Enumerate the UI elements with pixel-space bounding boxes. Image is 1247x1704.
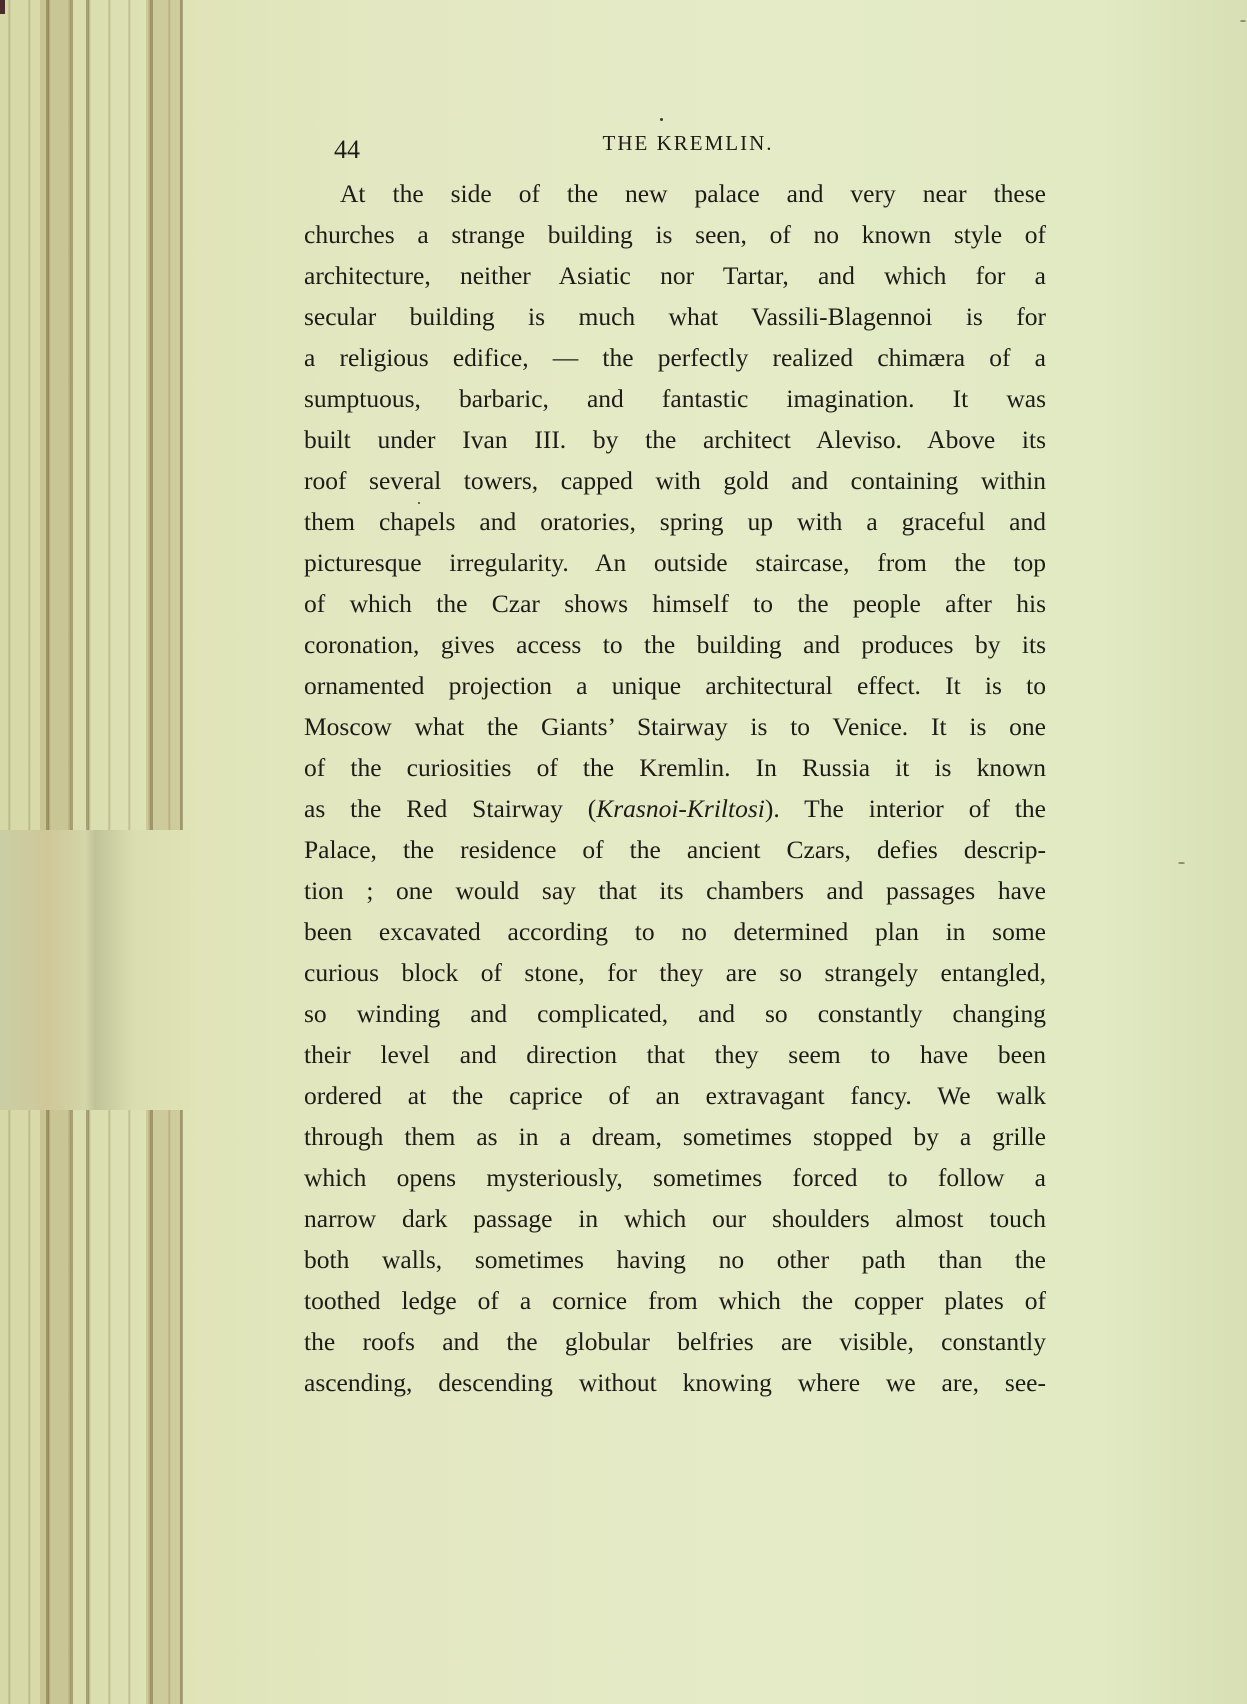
text-line: been excavated according to no determine…: [304, 911, 1046, 952]
text-line: both walls, sometimes having no other pa…: [304, 1239, 1046, 1280]
text-line: through them as in a dream, sometimes st…: [304, 1116, 1046, 1157]
book-page-edges: [0, 0, 185, 1704]
text-line: so winding and complicated, and so const…: [304, 993, 1046, 1034]
text-line: architecture, neither Asiatic nor Tartar…: [304, 255, 1046, 296]
text-line: coronation, gives access to the building…: [304, 624, 1046, 665]
text-line: which opens mysteriously, sometimes forc…: [304, 1157, 1046, 1198]
text-line: At the side of the new palace and very n…: [304, 173, 1046, 214]
text-line: roof several towers, capped with gold an…: [304, 460, 1046, 501]
italic-term: Krasnoi-Kriltosi: [596, 794, 765, 823]
print-speck: [660, 118, 663, 121]
text-line: built under Ivan III. by the architect A…: [304, 419, 1046, 460]
text-line: narrow dark passage in which our shoulde…: [304, 1198, 1046, 1239]
text-line: their level and direction that they seem…: [304, 1034, 1046, 1075]
text-line: curious block of stone, for they are so …: [304, 952, 1046, 993]
scan-smear: [0, 830, 190, 1110]
running-head: 44 THE KREMLIN.: [300, 125, 1060, 165]
text-line: secular building is much what Vassili-Bl…: [304, 296, 1046, 337]
text-line: Palace, the residence of the ancient Cza…: [304, 829, 1046, 870]
text-line: of the curiosities of the Kremlin. In Ru…: [304, 747, 1046, 788]
print-speck: [418, 502, 420, 504]
text-segment: ). The interior of the: [765, 794, 1046, 823]
text-line: a religious edifice, — the perfectly rea…: [304, 337, 1046, 378]
text-line: Moscow what the Giants’ Stairway is to V…: [304, 706, 1046, 747]
text-line: churches a strange building is seen, of …: [304, 214, 1046, 255]
text-line: tion ; one would say that its chambers a…: [304, 870, 1046, 911]
print-speck: [1240, 20, 1246, 22]
text-line-with-italic: as the Red Stairway (Krasnoi-Kriltosi). …: [304, 788, 1046, 829]
text-line: toothed ledge of a cornice from which th…: [304, 1280, 1046, 1321]
text-line: the roofs and the globular belfries are …: [304, 1321, 1046, 1362]
text-line: of which the Czar shows himself to the p…: [304, 583, 1046, 624]
binding-edge: [0, 0, 5, 14]
text-line: sumptuous, barbaric, and fantastic imagi…: [304, 378, 1046, 419]
text-line: them chapels and oratories, spring up wi…: [304, 501, 1046, 542]
chapter-title: THE KREMLIN.: [300, 131, 1060, 156]
body-paragraph: At the side of the new palace and very n…: [304, 173, 1046, 1403]
text-line: ordered at the caprice of an extravagant…: [304, 1075, 1046, 1116]
print-speck: [1178, 862, 1185, 864]
text-line: picturesque irregularity. An outside sta…: [304, 542, 1046, 583]
page-text: 44 THE KREMLIN. At the side of the new p…: [300, 125, 1060, 165]
text-line: ornamented projection a unique architect…: [304, 665, 1046, 706]
text-line: ascending, descending without knowing wh…: [304, 1362, 1046, 1403]
text-segment: as the Red Stairway (: [304, 794, 596, 823]
